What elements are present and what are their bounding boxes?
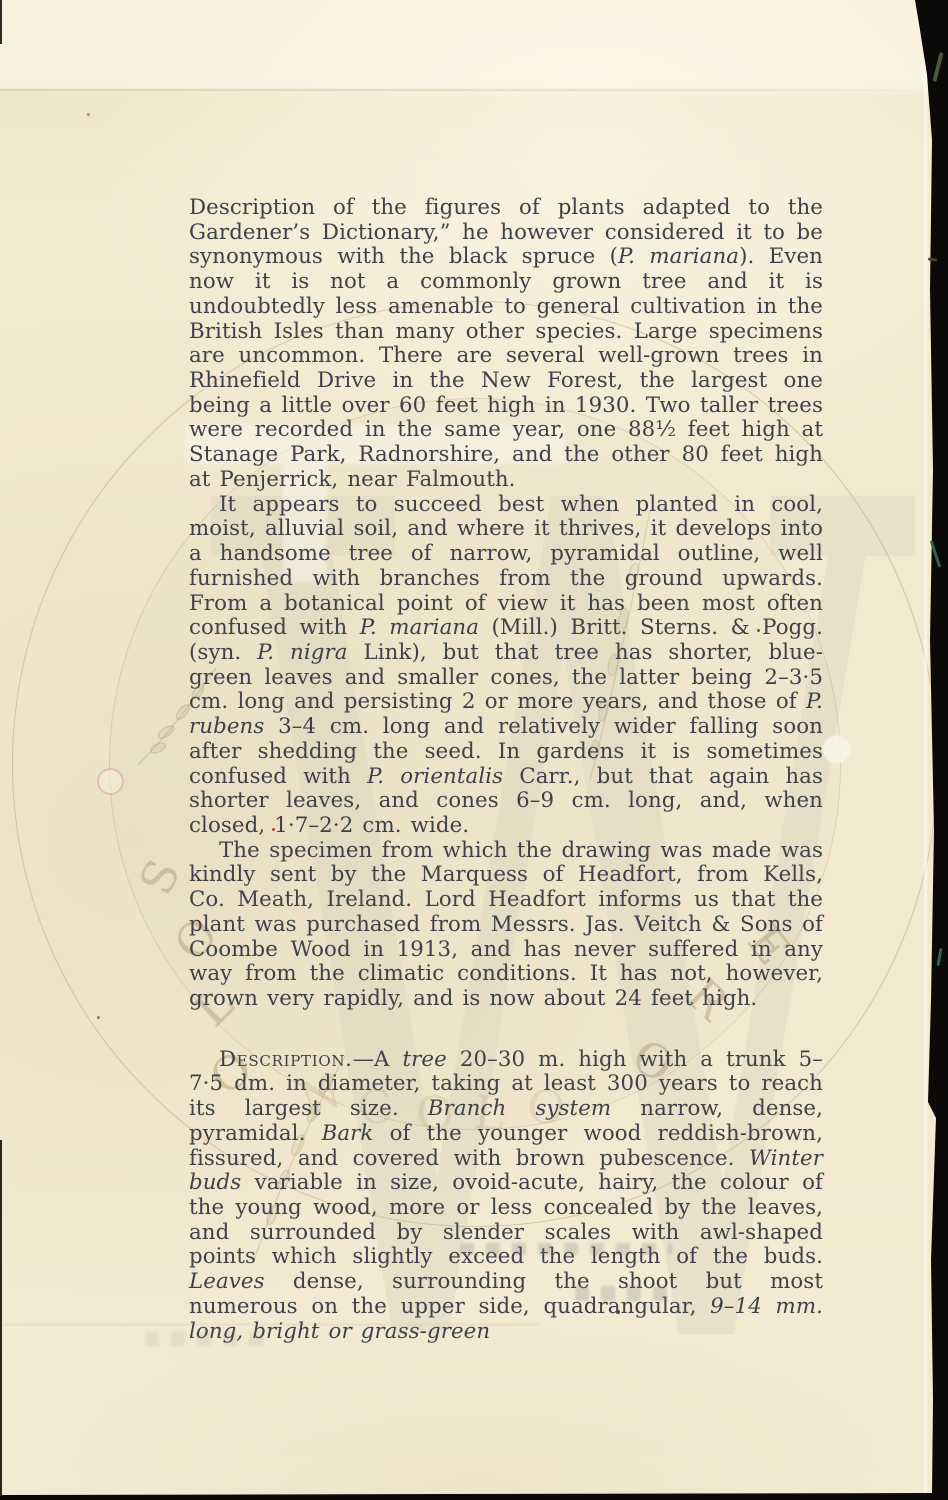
scanned-book-page: { "page_surface": { "paper_color": "#f3e…	[0, 0, 948, 1500]
scan-edge-shadow-left-top	[0, 0, 2, 44]
watermark-right-bead	[823, 736, 850, 763]
showthrough-ghost-text	[460, 1243, 672, 1255]
showthrough-ghost-text	[575, 1286, 671, 1301]
paper-speck	[616, 1310, 620, 1314]
text-segment: P. nigra	[257, 640, 347, 665]
body-text: Description of the figures of plants ada…	[189, 196, 823, 1344]
text-segment: tree	[402, 1047, 446, 1072]
text-segment: P. orientalis	[367, 764, 503, 789]
text-segment: Branch system	[428, 1096, 611, 1121]
text-segment: —A	[353, 1047, 403, 1072]
text-segment: The specimen from which the drawing was …	[189, 838, 823, 1011]
para-intro: Description of the figures of plants ada…	[189, 196, 823, 493]
paper-fiber	[936, 948, 942, 966]
text-segment: Bark	[322, 1121, 374, 1146]
paper-cut-edge-highlight	[924, 0, 927, 1493]
text-segment: ). Even now it is not a commonly grown t…	[189, 244, 823, 491]
text-segment: P. mariana	[360, 615, 479, 640]
para-specimen: The specimen from which the drawing was …	[189, 839, 823, 1012]
showthrough-ghost-text	[145, 1332, 271, 1346]
para-description: Description.—A tree 20–30 m. high with a…	[189, 1048, 823, 1345]
para-cultivation: It appears to succeed best when planted …	[189, 493, 823, 839]
paper-fiber	[932, 52, 943, 82]
paper-speck	[97, 1016, 100, 1019]
paper-sheet: W SOLONCOLOORE	[0, 0, 948, 1496]
scan-edge-shadow-left	[0, 1140, 2, 1496]
watermark-left-bead	[97, 768, 124, 795]
paper-speck	[87, 113, 90, 116]
paper-crease-top	[0, 89, 948, 91]
paper-speck	[757, 629, 760, 632]
text-segment: Leaves	[189, 1269, 265, 1294]
paper-speck	[272, 828, 275, 831]
text-segment: Description.	[219, 1047, 353, 1072]
text-segment: P. mariana	[618, 244, 739, 269]
watermark-arc-letter: S	[129, 851, 191, 903]
